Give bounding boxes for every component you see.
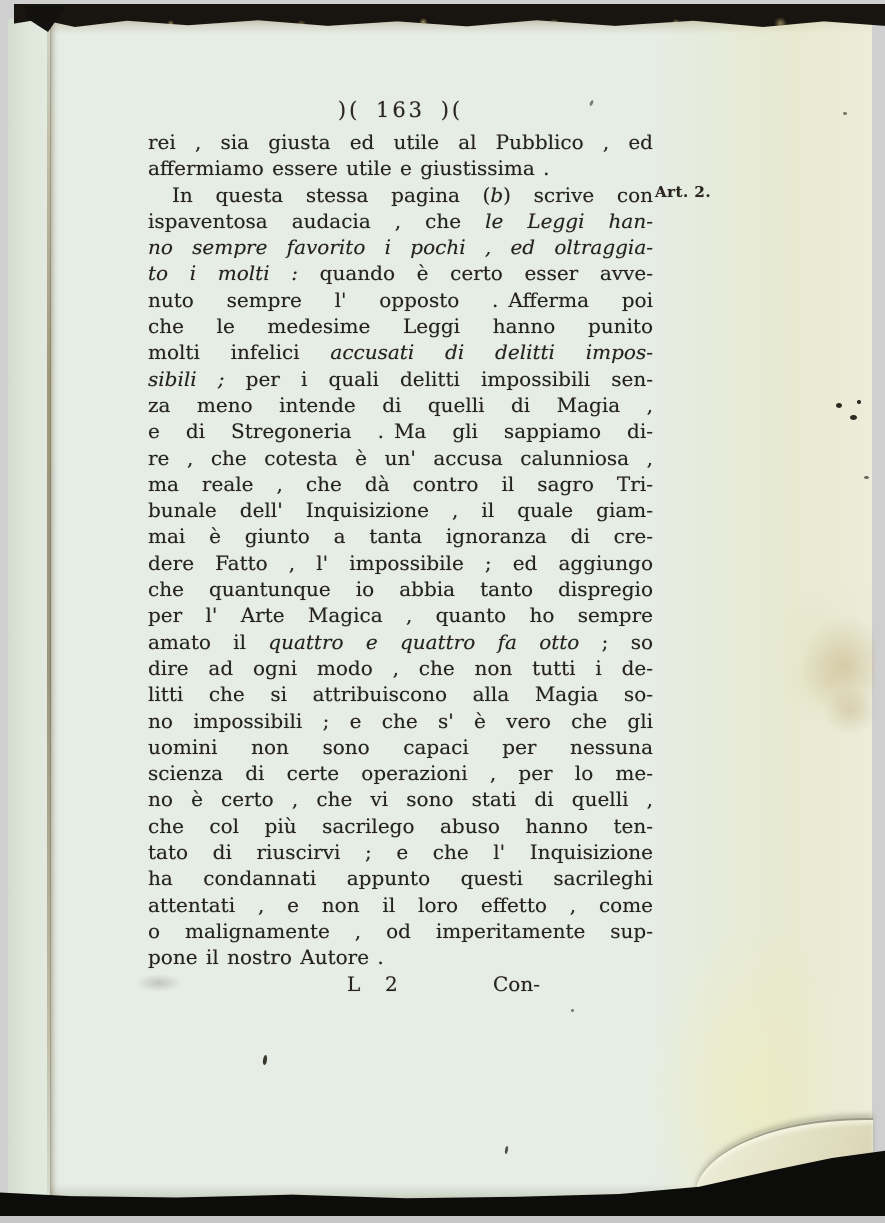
text-line: molti infelici accusati di delitti impos…	[148, 339, 653, 365]
text-segment: ma reale , che dà contro il sagro Tri-	[148, 472, 653, 496]
italic-text-segment: le Leggi han-	[485, 209, 653, 233]
text-lines: rei , sia giusta ed utile al Pubblico , …	[148, 129, 653, 971]
text-line: tato di riuscirvi ; e che l' Inquisizion…	[148, 839, 653, 865]
text-line: no impossibili ; e che s' è vero che gli	[148, 708, 653, 734]
text-segment: ha condannati appunto questi sacrileghi	[148, 866, 653, 890]
photo-background-strip	[0, 1216, 885, 1223]
text-segment: bunale dell' Inquisizione , il quale gia…	[148, 498, 653, 522]
italic-text-segment: no sempre favorito i pochi , ed oltraggi…	[148, 235, 653, 259]
text-line: to i molti : quando è certo esser avve-	[148, 260, 653, 286]
ink-speck	[850, 415, 857, 420]
signature-letter: L	[347, 971, 360, 997]
text-segment: e di Stregoneria . Ma gli sappiamo di-	[148, 419, 653, 443]
signature-number: 2	[385, 971, 398, 997]
margin-note: Art. 2.	[655, 183, 711, 201]
text-line: per l' Arte Magica , quanto ho sempre	[148, 602, 653, 628]
text-line: bunale dell' Inquisizione , il quale gia…	[148, 497, 653, 523]
text-segment: molti infelici	[148, 340, 330, 364]
text-segment: amato il	[148, 630, 268, 654]
text-line: za meno intende di quelli di Magia ,	[148, 392, 653, 418]
text-segment: quando è certo esser avve-	[320, 261, 653, 285]
text-line: ma reale , che dà contro il sagro Tri-	[148, 471, 653, 497]
text-segment: per l' Arte Magica , quanto ho sempre	[148, 603, 653, 627]
ink-speck	[836, 403, 842, 408]
text-line: che quantunque io abbia tanto dispregio	[148, 576, 653, 602]
text-segment: ; so	[579, 630, 653, 654]
text-segment: per i quali delitti impossibili sen-	[246, 367, 653, 391]
text-segment: dire ad ogni modo , che non tutti i de-	[148, 656, 653, 680]
text-segment: re , che cotesta è un' accusa calunniosa…	[148, 446, 653, 470]
text-segment: che col più sacrilego abuso hanno ten-	[148, 814, 653, 838]
gutter-crease	[47, 24, 51, 1198]
text-line: In questa stessa pagina (b) scrive con	[148, 182, 653, 208]
text-line: no sempre favorito i pochi , ed oltraggi…	[148, 234, 653, 260]
text-segment: In questa stessa pagina (	[172, 183, 490, 207]
text-line: o malignamente , od imperitamente sup-	[148, 918, 653, 944]
text-segment: ispaventosa audacia , che	[148, 209, 485, 233]
text-line: affermiamo essere utile e giustissima .	[148, 155, 653, 181]
ink-speck	[857, 400, 861, 404]
text-line: rei , sia giusta ed utile al Pubblico , …	[148, 129, 653, 155]
text-line: che col più sacrilego abuso hanno ten-	[148, 813, 653, 839]
text-line: dere Fatto , l' impossibile ; ed aggiung…	[148, 550, 653, 576]
text-segment: tato di riuscirvi ; e che l' Inquisizion…	[148, 840, 653, 864]
text-segment: ) scrive con	[503, 183, 653, 207]
text-segment: o malignamente , od imperitamente sup-	[148, 919, 653, 943]
text-segment: attentati , e non il loro effetto , come	[148, 893, 653, 917]
text-segment: dere Fatto , l' impossibile ; ed aggiung…	[148, 551, 653, 575]
text-segment: affermiamo essere utile e giustissima .	[148, 156, 550, 180]
book-scan-photo: )( 163 )( rei , sia giusta ed utile al P…	[0, 0, 885, 1223]
text-segment: no impossibili ; e che s' è vero che gli	[148, 709, 653, 733]
italic-text-segment: accusati di delitti impos-	[330, 340, 653, 364]
text-line: nuto sempre l' opposto . Afferma poi	[148, 287, 653, 313]
text-segment: rei , sia giusta ed utile al Pubblico , …	[148, 130, 653, 154]
text-line: re , che cotesta è un' accusa calunniosa…	[148, 445, 653, 471]
italic-text-segment: sibili ;	[148, 367, 246, 391]
text-segment: che quantunque io abbia tanto dispregio	[148, 577, 653, 601]
text-line: ha condannati appunto questi sacrileghi	[148, 865, 653, 891]
text-line: ispaventosa audacia , che le Leggi han-	[148, 208, 653, 234]
italic-text-segment: to i molti :	[148, 261, 320, 285]
italic-text-segment: b	[490, 183, 503, 207]
text-line: sibili ; per i quali delitti impossibili…	[148, 366, 653, 392]
text-line: litti che si attribuiscono alla Magia so…	[148, 681, 653, 707]
text-line: e di Stregoneria . Ma gli sappiamo di-	[148, 418, 653, 444]
signature-line: L 2 Con-	[148, 971, 653, 997]
text-line: dire ad ogni modo , che non tutti i de-	[148, 655, 653, 681]
text-line: scienza di certe operazioni , per lo me-	[148, 760, 653, 786]
page-number-header: )( 163 )(	[148, 97, 653, 123]
text-segment: za meno intende di quelli di Magia ,	[148, 393, 653, 417]
text-segment: nuto sempre l' opposto . Afferma poi	[148, 288, 653, 312]
ink-speck	[864, 476, 869, 479]
underlying-page-edge	[8, 18, 52, 1208]
text-segment: litti che si attribuiscono alla Magia so…	[148, 682, 653, 706]
text-segment: no è certo , che vi sono stati di quelli…	[148, 787, 653, 811]
catchword: Con-	[493, 971, 540, 997]
text-segment: scienza di certe operazioni , per lo me-	[148, 761, 653, 785]
text-line: uomini non sono capaci per nessuna	[148, 734, 653, 760]
text-line: attentati , e non il loro effetto , come	[148, 892, 653, 918]
text-segment: mai è giunto a tanta ignoranza di cre-	[148, 524, 653, 548]
italic-text-segment: quattro e quattro fa otto	[268, 630, 579, 654]
text-line: amato il quattro e quattro fa otto ; so	[148, 629, 653, 655]
text-line: mai è giunto a tanta ignoranza di cre-	[148, 523, 653, 549]
text-line: che le medesime Leggi hanno punito	[148, 313, 653, 339]
printed-text-block: )( 163 )( rei , sia giusta ed utile al P…	[148, 97, 653, 971]
text-segment: che le medesime Leggi hanno punito	[148, 314, 653, 338]
text-segment: pone il nostro Autore .	[148, 945, 384, 969]
text-line: pone il nostro Autore .	[148, 944, 653, 970]
foxing-stain	[823, 688, 878, 734]
ink-speck	[571, 1009, 574, 1012]
text-line: no è certo , che vi sono stati di quelli…	[148, 786, 653, 812]
text-segment: uomini non sono capaci per nessuna	[148, 735, 653, 759]
ink-speck	[843, 112, 847, 115]
